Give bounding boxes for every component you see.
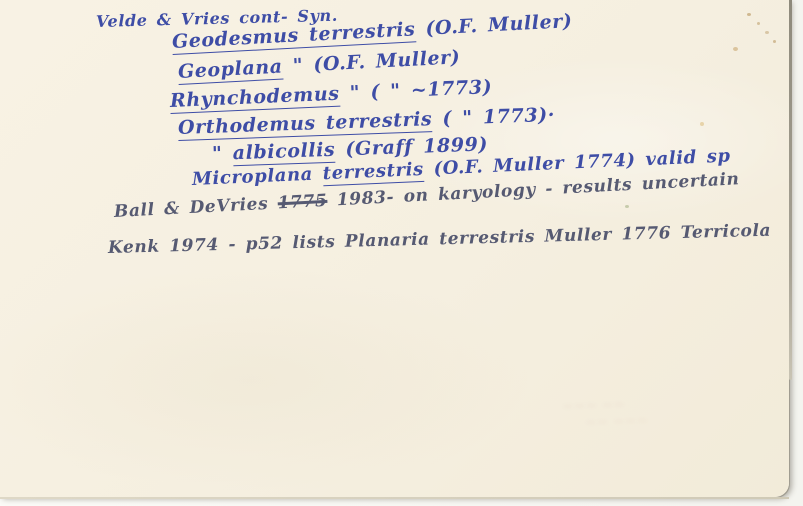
authority-text: " ( " ~1773) [339, 76, 493, 105]
authority-text: ( " 1773)· [432, 104, 556, 130]
paper-speck [765, 31, 769, 34]
ink-bleedthrough-smudge: ~~ ~~~ [585, 413, 649, 431]
authority-text: (O.F. Muller) [415, 10, 573, 40]
ditto-mark: " [212, 142, 233, 165]
taxon-name-underlined: Geoplana [177, 56, 283, 85]
paper-speck [773, 40, 776, 43]
paper-speck [733, 47, 738, 51]
index-card: Velde & Vries cont- Syn. Geodesmus terre… [0, 0, 789, 497]
taxon-name-underlined: Rhynchodemus [170, 83, 341, 114]
citation-text: Kenk 1974 - p52 lists Planaria terrestri… [108, 221, 772, 258]
taxon-name-underlined: albicollis [232, 139, 335, 167]
card-right-edge-shadow [789, 0, 792, 380]
paper-speck [747, 13, 751, 16]
paper-speck [700, 122, 704, 126]
citation-text: Ball & DeVries [113, 193, 278, 222]
paper-speck [757, 22, 760, 25]
handwritten-line-kenk: Kenk 1974 - p52 lists Planaria terrestri… [108, 221, 772, 258]
card-bottom-edge-shadow [0, 497, 789, 499]
ink-bleedthrough-smudge: ~~~ ~~ [562, 397, 626, 415]
authority-text: " (O.F. Muller) [282, 46, 461, 77]
taxon-species-underlined: terrestris [322, 159, 424, 186]
paper-speck [625, 205, 629, 208]
struck-year: 1775 [277, 191, 328, 214]
taxon-genus-text: Microplana [192, 163, 324, 190]
